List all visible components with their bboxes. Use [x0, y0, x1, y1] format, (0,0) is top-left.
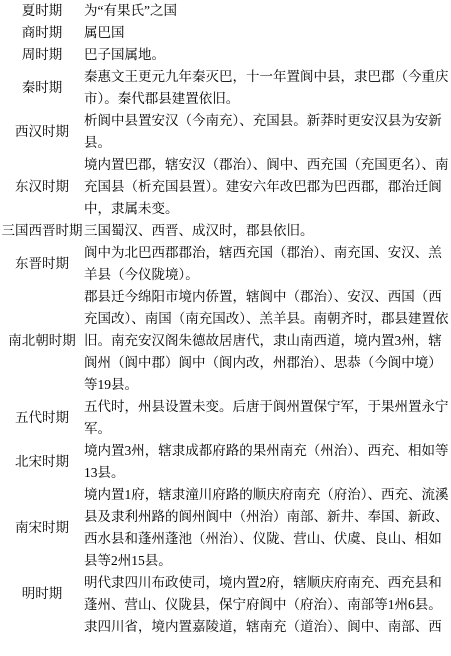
table-row: 明时期明代隶四川布政使司，境内置2府，辖顺庆府南充、西充县和蓬州、营山、仪陇县，…: [0, 572, 451, 616]
period-description: 属巴国: [84, 22, 451, 44]
period-label: 周时期: [0, 44, 84, 66]
period-label: 北宋时期: [0, 440, 84, 484]
period-label: 东晋时期: [0, 242, 84, 286]
period-description: 秦惠文王更元九年秦灭巴，十一年置阆中县，隶巴郡（今重庆市）。秦代郡县建置依旧。: [84, 66, 451, 110]
table-row: 东汉时期境内置巴郡，辖安汉（郡治）、阆中、西充国（充国更名）、南充国县（析充国县…: [0, 154, 451, 220]
period-label: 南宋时期: [0, 484, 84, 572]
table-row: 南宋时期境内置1府，辖隶潼川府路的顺庆府南充（府治）、西充、流溪县及隶利州路的阆…: [0, 484, 451, 572]
table-row: 南北朝时期郡县迁今绵阳市境内侨置，辖阆中（郡治）、安汉、西国（西充国改）、南国（…: [0, 286, 451, 396]
period-description: 隶四川省，境内置嘉陵道，辖南充（道治）、阆中、南部、西: [84, 616, 451, 638]
table-row: 周时期巴子国属地。: [0, 44, 451, 66]
period-label: 南北朝时期: [0, 286, 84, 396]
period-description: 郡县迁今绵阳市境内侨置，辖阆中（郡治）、安汉、西国（西充国改）、南国（南充国改）…: [84, 286, 451, 396]
period-description: 三国蜀汉、西晋、成汉时，郡县依旧。: [84, 220, 451, 242]
period-label: 商时期: [0, 22, 84, 44]
period-label: 三国西晋时期: [0, 220, 84, 242]
document-page: { "colors": { "text": "#000000", "backgr…: [0, 0, 451, 656]
history-periods-table: 夏时期为“有果氏”之国商时期属巴国周时期巴子国属地。秦时期秦惠文王更元九年秦灭巴…: [0, 0, 451, 638]
table-row: 三国西晋时期三国蜀汉、西晋、成汉时，郡县依旧。: [0, 220, 451, 242]
period-description: 境内置巴郡，辖安汉（郡治）、阆中、西充国（充国更名）、南充国县（析充国县置）。建…: [84, 154, 451, 220]
period-label: 东汉时期: [0, 154, 84, 220]
period-description: 巴子国属地。: [84, 44, 451, 66]
table-row: 夏时期为“有果氏”之国: [0, 0, 451, 22]
period-label: 夏时期: [0, 0, 84, 22]
period-description: 为“有果氏”之国: [84, 0, 451, 22]
period-description: 析阆中县置安汉（今南充）、充国县。新莽时更安汉县为安新县。: [84, 110, 451, 154]
table-row: 五代时期五代时，州县设置未变。后唐于阆州置保宁军，于果州置永宁军。: [0, 396, 451, 440]
period-description: 五代时，州县设置未变。后唐于阆州置保宁军，于果州置永宁军。: [84, 396, 451, 440]
period-description: 境内置1府，辖隶潼川府路的顺庆府南充（府治）、西充、流溪县及隶利州路的阆州阆中（…: [84, 484, 451, 572]
period-label: 西汉时期: [0, 110, 84, 154]
table-row: 东晋时期阆中为北巴西郡郡治，辖西充国（郡治）、南充国、安汉、羔羊县（今仪陇境）。: [0, 242, 451, 286]
table-row: 商时期属巴国: [0, 22, 451, 44]
table-row: 隶四川省，境内置嘉陵道，辖南充（道治）、阆中、南部、西: [0, 616, 451, 638]
period-description: 明代隶四川布政使司，境内置2府，辖顺庆府南充、西充县和蓬州、营山、仪陇县，保宁府…: [84, 572, 451, 616]
table-row: 西汉时期析阆中县置安汉（今南充）、充国县。新莽时更安汉县为安新县。: [0, 110, 451, 154]
period-description: 境内置3州，辖隶成都府路的果州南充（州治）、西充、相如等13县。: [84, 440, 451, 484]
period-label: 明时期: [0, 572, 84, 616]
period-label: 秦时期: [0, 66, 84, 110]
table-row: 北宋时期境内置3州，辖隶成都府路的果州南充（州治）、西充、相如等13县。: [0, 440, 451, 484]
period-label: 五代时期: [0, 396, 84, 440]
period-description: 阆中为北巴西郡郡治，辖西充国（郡治）、南充国、安汉、羔羊县（今仪陇境）。: [84, 242, 451, 286]
period-label: [0, 616, 84, 638]
table-row: 秦时期秦惠文王更元九年秦灭巴，十一年置阆中县，隶巴郡（今重庆市）。秦代郡县建置依…: [0, 66, 451, 110]
